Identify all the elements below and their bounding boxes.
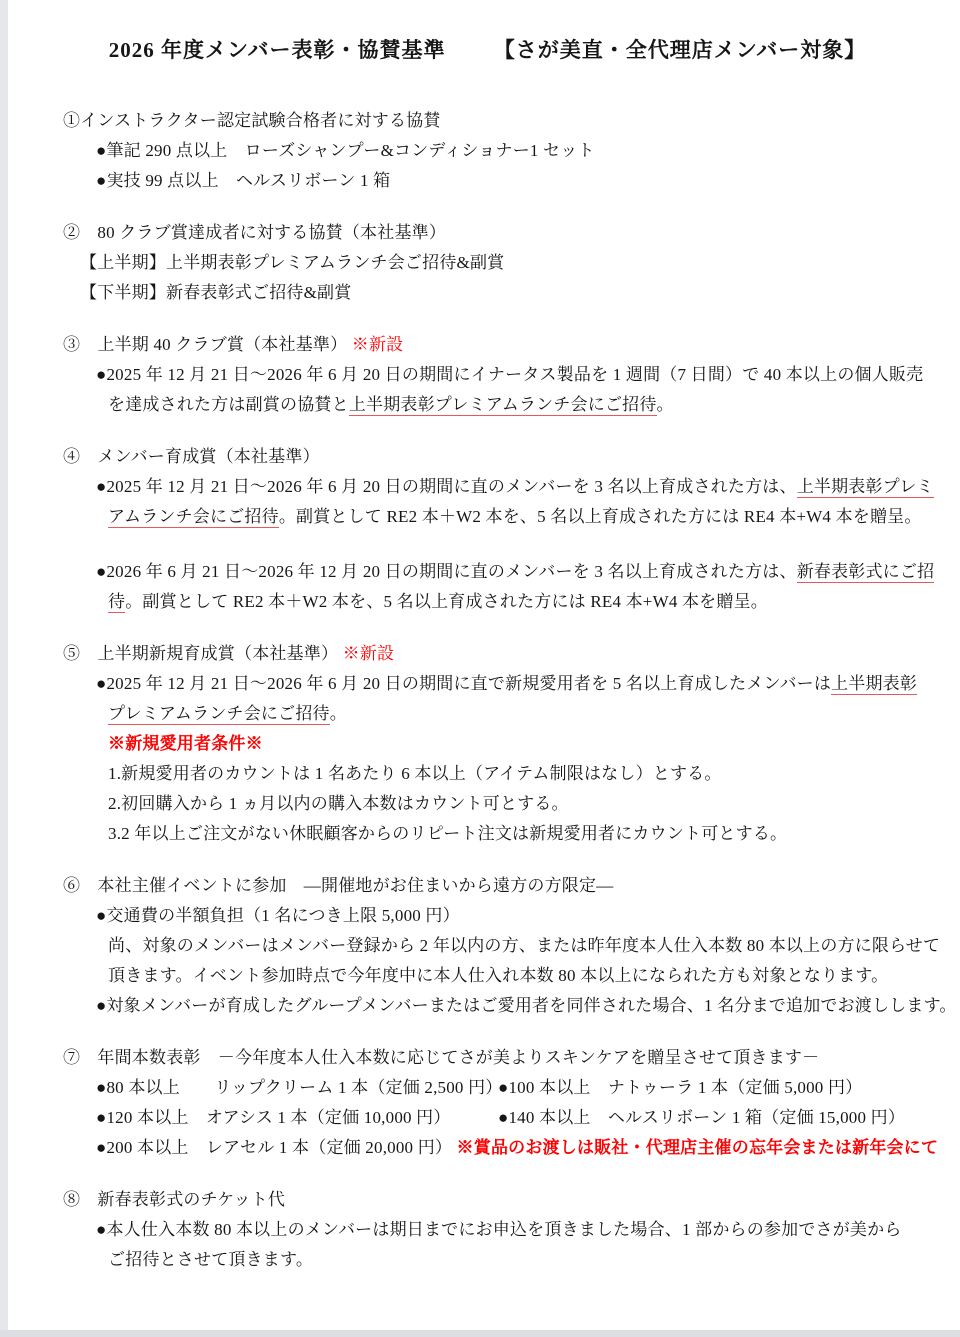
text-line: ●120 本以上 オアシス 1 本（定価 10,000 円）●140 本以上 ヘ… <box>63 1103 912 1133</box>
text-segment: 3.2 年以上ご注文がない休眠顧客からのリピート注文は新規愛用者にカウント可とす… <box>108 824 787 843</box>
text-line: 2.初回購入から 1 ヵ月以内の購入本数はカウント可とする。 <box>63 789 912 819</box>
text-segment: ●2025 年 12 月 21 日～2026 年 6 月 20 日の期間に直のメ… <box>96 477 797 496</box>
text-segment: 。副賞として RE2 本＋W2 本を、5 名以上育成された方には RE4 本+W… <box>279 507 922 526</box>
text-segment: ●2026 年 6 月 21 日～2026 年 12 月 20 日の期間に直のメ… <box>96 562 797 581</box>
section-new-year-ceremony-ticket: ⑧ 新春表彰式のチケット代●本人仕入本数 80 本以上のメンバーは期日までにお申… <box>63 1185 912 1275</box>
text-line: ●2025 年 12 月 21 日～2026 年 6 月 20 日の期間に直で新… <box>63 669 912 699</box>
text-segment: ●筆記 290 点以上 ローズシャンプー&コンディショナー1 セット <box>96 141 595 160</box>
text-segment: ●対象メンバーが育成したグループメンバーまたはご愛用者を同伴された場合、1 名分… <box>96 996 957 1015</box>
text-segment: ⑧ 新春表彰式のチケット代 <box>63 1190 285 1209</box>
text-segment: ①インストラクター認定試験合格者に対する協賛 <box>63 111 441 130</box>
section-80-club-award-sponsorship: ② 80 クラブ賞達成者に対する協賛（本社基準）【上半期】上半期表彰プレミアムラ… <box>63 218 912 308</box>
text-segment: ●120 本以上 オアシス 1 本（定価 10,000 円） <box>96 1103 498 1133</box>
section-first-half-40-club-award: ③ 上半期 40 クラブ賞（本社基準） ※新設●2025 年 12 月 21 日… <box>63 330 912 420</box>
text-segment: ② 80 クラブ賞達成者に対する協賛（本社基準） <box>63 223 446 242</box>
text-line: ●2025 年 12 月 21 日～2026 年 6 月 20 日の期間にイナー… <box>63 360 912 390</box>
section-member-development-award: ④ メンバー育成賞（本社基準）●2025 年 12 月 21 日～2026 年 … <box>63 442 912 617</box>
text-line: 頂きます。イベント参加時点で今年度中に本人仕入れ本数 80 本以上になられた方も… <box>63 961 912 991</box>
text-segment: プレミアムランチ会にご招待 <box>108 704 330 725</box>
text-segment: ④ メンバー育成賞（本社基準） <box>63 447 320 466</box>
text-line: ●交通費の半額負担（1 名につき上限 5,000 円） <box>63 901 912 931</box>
text-segment: ※賞品のお渡しは販社・代理店主催の忘年会または新年会にて <box>452 1138 938 1157</box>
text-segment: ●2025 年 12 月 21 日～2026 年 6 月 20 日の期間にイナー… <box>96 365 923 384</box>
text-line: ●2026 年 6 月 21 日～2026 年 12 月 20 日の期間に直のメ… <box>63 557 912 587</box>
text-segment: ※新設 <box>338 644 394 663</box>
text-line: ●200 本以上 レアセル 1 本（定価 20,000 円） ※賞品のお渡しは販… <box>63 1133 912 1163</box>
page-title-scope: 【さが美直・全代理店メンバー対象】 <box>494 38 867 62</box>
text-segment: 待 <box>108 592 125 613</box>
section-head-office-event-participation: ⑥ 本社主催イベントに参加 ―開催地がお住まいから遠方の方限定―●交通費の半額負… <box>63 871 912 1021</box>
text-line: アムランチ会にご招待。副賞として RE2 本＋W2 本を、5 名以上育成された方… <box>63 502 912 532</box>
text-segment: ●実技 99 点以上 ヘルスリボーン 1 箱 <box>96 171 390 190</box>
text-segment: ③ 上半期 40 クラブ賞（本社基準） <box>63 335 347 354</box>
section-heading: ⑥ 本社主催イベントに参加 ―開催地がお住まいから遠方の方限定― <box>63 871 912 901</box>
text-segment: ●80 本以上 リップクリーム 1 本（定価 2,500 円） <box>96 1073 498 1103</box>
text-segment: ●200 本以上 レアセル 1 本（定価 20,000 円） <box>96 1138 452 1157</box>
text-segment: 。 <box>657 395 674 414</box>
section-first-half-new-user-development-award: ⑤ 上半期新規育成賞（本社基準） ※新設●2025 年 12 月 21 日～20… <box>63 639 912 849</box>
section-instructor-certification-sponsorship: ①インストラクター認定試験合格者に対する協賛●筆記 290 点以上 ローズシャン… <box>63 106 912 196</box>
text-segment: ※新設 <box>347 335 403 354</box>
text-segment: ⑦ 年間本数表彰 －今年度本人仕入本数に応じてさが美よりスキンケアを贈呈させて頂… <box>63 1048 819 1067</box>
text-segment: 2.初回購入から 1 ヵ月以内の購入本数はカウント可とする。 <box>108 794 569 813</box>
text-segment: 新春表彰式にご招 <box>797 562 935 583</box>
text-line: 【上半期】上半期表彰プレミアムランチ会ご招待&副賞 <box>63 248 912 278</box>
text-segment: ●100 本以上 ナトゥーラ 1 本（定価 5,000 円） <box>498 1078 862 1097</box>
document-body: ①インストラクター認定試験合格者に対する協賛●筆記 290 点以上 ローズシャン… <box>63 106 912 1275</box>
text-segment: 【下半期】新春表彰式ご招待&副賞 <box>80 283 351 302</box>
text-segment: 1.新規愛用者のカウントは 1 名あたり 6 本以上（アイテム制限はなし）とする… <box>108 764 722 783</box>
viewer-left-edge <box>0 0 8 1337</box>
text-segment: 【上半期】上半期表彰プレミアムランチ会ご招待&副賞 <box>80 253 504 272</box>
text-line: 1.新規愛用者のカウントは 1 名あたり 6 本以上（アイテム制限はなし）とする… <box>63 759 912 789</box>
text-segment: 頂きます。イベント参加時点で今年度中に本人仕入れ本数 80 本以上になられた方も… <box>108 966 888 985</box>
text-segment: ●2025 年 12 月 21 日～2026 年 6 月 20 日の期間に直で新… <box>96 674 831 693</box>
text-line: ●2025 年 12 月 21 日～2026 年 6 月 20 日の期間に直のメ… <box>63 472 912 502</box>
section-annual-volume-commendation: ⑦ 年間本数表彰 －今年度本人仕入本数に応じてさが美よりスキンケアを贈呈させて頂… <box>63 1043 912 1163</box>
text-line: ※新規愛用者条件※ <box>63 729 912 759</box>
text-line: を達成された方は副賞の協賛と上半期表彰プレミアムランチ会にご招待。 <box>63 390 912 420</box>
section-heading: ② 80 クラブ賞達成者に対する協賛（本社基準） <box>63 218 912 248</box>
text-segment: ●交通費の半額負担（1 名につき上限 5,000 円） <box>96 906 460 925</box>
section-heading: ④ メンバー育成賞（本社基準） <box>63 442 912 472</box>
text-segment: ご招待とさせて頂きます。 <box>108 1250 313 1269</box>
viewer-bottom-edge <box>0 1330 960 1337</box>
text-line: 待。副賞として RE2 本＋W2 本を、5 名以上育成された方には RE4 本+… <box>63 587 912 617</box>
text-line: ご招待とさせて頂きます。 <box>63 1245 912 1275</box>
document-page: 2026 年度メンバー表彰・協賛基準 【さが美直・全代理店メンバー対象】 ①イン… <box>8 0 960 1330</box>
text-segment: 尚、対象のメンバーはメンバー登録から 2 年以内の方、または昨年度本人仕入本数 … <box>108 936 940 955</box>
text-segment: ●本人仕入本数 80 本以上のメンバーは期日までにお申込を頂きました場合、1 部… <box>96 1220 902 1239</box>
text-line: ●筆記 290 点以上 ローズシャンプー&コンディショナー1 セット <box>63 136 912 166</box>
text-line: ●対象メンバーが育成したグループメンバーまたはご愛用者を同伴された場合、1 名分… <box>63 991 912 1021</box>
page-title: 2026 年度メンバー表彰・協賛基準 【さが美直・全代理店メンバー対象】 <box>63 34 912 66</box>
section-heading: ③ 上半期 40 クラブ賞（本社基準） ※新設 <box>63 330 912 360</box>
text-line: 3.2 年以上ご注文がない休眠顧客からのリピート注文は新規愛用者にカウント可とす… <box>63 819 912 849</box>
text-segment: 。 <box>330 704 347 723</box>
page-title-main: 2026 年度メンバー表彰・協賛基準 <box>109 38 446 62</box>
text-line: プレミアムランチ会にご招待。 <box>63 699 912 729</box>
text-line: ●80 本以上 リップクリーム 1 本（定価 2,500 円）●100 本以上 … <box>63 1073 912 1103</box>
text-segment: アムランチ会にご招待 <box>108 507 279 528</box>
text-line: 尚、対象のメンバーはメンバー登録から 2 年以内の方、または昨年度本人仕入本数 … <box>63 931 912 961</box>
text-segment: 上半期表彰プレミアムランチ会にご招待 <box>349 395 657 416</box>
section-heading: ⑦ 年間本数表彰 －今年度本人仕入本数に応じてさが美よりスキンケアを贈呈させて頂… <box>63 1043 912 1073</box>
text-line: 【下半期】新春表彰式ご招待&副賞 <box>63 278 912 308</box>
text-segment: 。副賞として RE2 本＋W2 本を、5 名以上育成された方には RE4 本+W… <box>125 592 768 611</box>
text-line: ●本人仕入本数 80 本以上のメンバーは期日までにお申込を頂きました場合、1 部… <box>63 1215 912 1245</box>
section-heading: ①インストラクター認定試験合格者に対する協賛 <box>63 106 912 136</box>
text-segment: を達成された方は副賞の協賛と <box>108 395 349 414</box>
section-heading: ⑧ 新春表彰式のチケット代 <box>63 1185 912 1215</box>
text-segment: ※新規愛用者条件※ <box>108 734 263 753</box>
text-line: ●実技 99 点以上 ヘルスリボーン 1 箱 <box>63 166 912 196</box>
section-heading: ⑤ 上半期新規育成賞（本社基準） ※新設 <box>63 639 912 669</box>
text-segment: 上半期表彰プレミ <box>797 477 934 498</box>
text-segment: 上半期表彰 <box>831 674 917 695</box>
text-segment: ⑥ 本社主催イベントに参加 ―開催地がお住まいから遠方の方限定― <box>63 876 613 895</box>
text-segment: ⑤ 上半期新規育成賞（本社基準） <box>63 644 338 663</box>
text-segment: ●140 本以上 ヘルスリボーン 1 箱（定価 15,000 円） <box>498 1108 905 1127</box>
